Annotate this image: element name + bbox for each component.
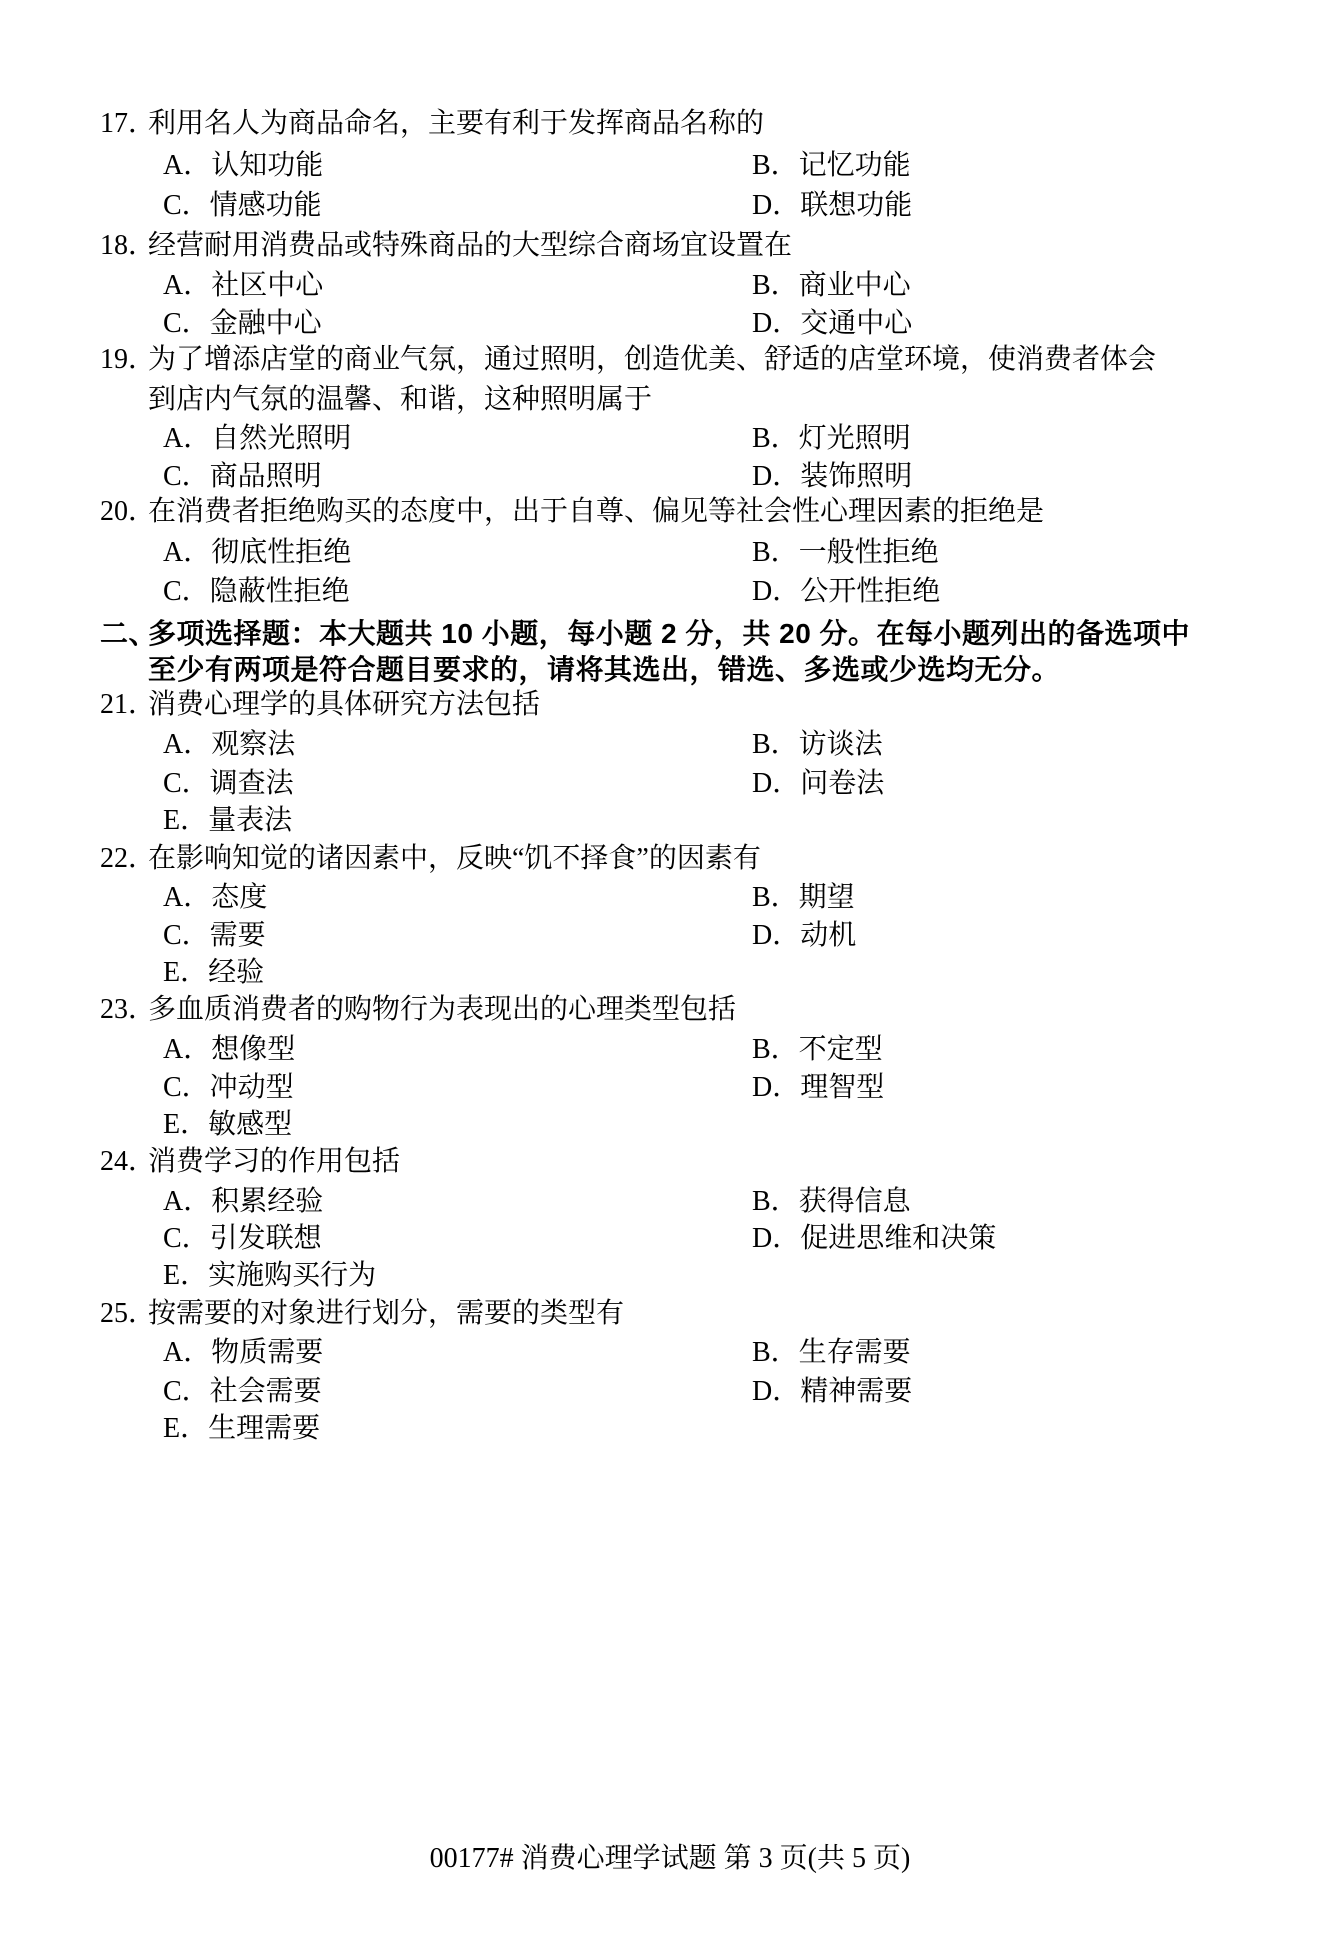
question-21-option-a: A．观察法 <box>163 727 295 762</box>
question-24-option-c: C．引发联想 <box>163 1221 322 1256</box>
question-21-option-b: B．访谈法 <box>752 727 883 762</box>
question-25-option-e: E．生理需要 <box>163 1411 320 1446</box>
question-17-option-c: C．情感功能 <box>163 188 322 223</box>
question-22-option-d: D．动机 <box>752 918 856 953</box>
question-23-option-d: D．理智型 <box>752 1070 884 1105</box>
exam-page: 17． 利用名人为商品命名，主要有利于发挥商品名称的 A．认知功能 B．记忆功能… <box>0 0 1340 1933</box>
question-17-option-a: A．认知功能 <box>163 148 323 183</box>
question-23-text: 多血质消费者的购物行为表现出的心理类型包括 <box>148 992 736 1027</box>
question-22-text: 在影响知觉的诸因素中，反映“饥不择食”的因素有 <box>148 841 761 876</box>
question-21-option-e: E．量表法 <box>163 803 292 838</box>
question-18-option-c: C．金融中心 <box>163 306 322 341</box>
question-20-option-c: C．隐蔽性拒绝 <box>163 574 350 609</box>
question-17-text: 利用名人为商品命名，主要有利于发挥商品名称的 <box>148 106 764 141</box>
question-19-option-c: C．商品照明 <box>163 459 322 494</box>
page-footer: 00177# 消费心理学试题 第 3 页(共 5 页) <box>0 1841 1340 1876</box>
question-23-option-b: B．不定型 <box>752 1032 883 1067</box>
question-18-option-b: B．商业中心 <box>752 268 911 303</box>
question-18-option-a: A．社区中心 <box>163 268 323 303</box>
question-22-option-a: A．态度 <box>163 880 267 915</box>
section-2-heading-line-2: 至少有两项是符合题目要求的，请将其选出，错选、多选或少选均无分。 <box>148 652 1060 687</box>
question-19-option-b: B．灯光照明 <box>752 421 911 456</box>
question-24-option-b: B．获得信息 <box>752 1184 911 1219</box>
question-22-option-e: E．经验 <box>163 955 264 990</box>
question-17-option-d: D．联想功能 <box>752 188 912 223</box>
question-20-text: 在消费者拒绝购买的态度中，出于自尊、偏见等社会性心理因素的拒绝是 <box>148 494 1044 529</box>
question-24-option-e: E．实施购买行为 <box>163 1258 376 1293</box>
question-23-option-c: C．冲动型 <box>163 1070 294 1105</box>
question-23-option-e: E．敏感型 <box>163 1107 292 1142</box>
question-20-option-d: D．公开性拒绝 <box>752 574 940 609</box>
question-19-text-line-2: 到店内气氛的温馨、和谐，这种照明属于 <box>148 382 652 417</box>
question-22-option-b: B．期望 <box>752 880 855 915</box>
question-25-option-c: C．社会需要 <box>163 1374 322 1409</box>
question-25-option-a: A．物质需要 <box>163 1335 323 1370</box>
question-20-option-b: B．一般性拒绝 <box>752 535 939 570</box>
question-25-option-b: B．生存需要 <box>752 1335 911 1370</box>
section-2-heading-line-1: 多项选择题：本大题共 10 小题，每小题 2 分，共 20 分。在每小题列出的备… <box>148 616 1190 651</box>
question-19-text-line-1: 为了增添店堂的商业气氛，通过照明，创造优美、舒适的店堂环境，使消费者体会 <box>148 342 1156 377</box>
question-19-option-a: A．自然光照明 <box>163 421 351 456</box>
question-17-option-b: B．记忆功能 <box>752 148 911 183</box>
question-25-option-d: D．精神需要 <box>752 1374 912 1409</box>
question-23-option-a: A．想像型 <box>163 1032 295 1067</box>
question-18-option-d: D．交通中心 <box>752 306 912 341</box>
question-24-text: 消费学习的作用包括 <box>148 1144 400 1179</box>
question-24-option-d: D．促进思维和决策 <box>752 1221 996 1256</box>
question-24-option-a: A．积累经验 <box>163 1184 323 1219</box>
question-18-text: 经营耐用消费品或特殊商品的大型综合商场宜设置在 <box>148 228 792 263</box>
question-22-option-c: C．需要 <box>163 918 266 953</box>
question-20-option-a: A．彻底性拒绝 <box>163 535 351 570</box>
question-19-option-d: D．装饰照明 <box>752 459 912 494</box>
question-25-text: 按需要的对象进行划分，需要的类型有 <box>148 1296 624 1331</box>
question-21-text: 消费心理学的具体研究方法包括 <box>148 687 540 722</box>
question-21-option-c: C．调查法 <box>163 766 294 801</box>
question-21-option-d: D．问卷法 <box>752 766 884 801</box>
